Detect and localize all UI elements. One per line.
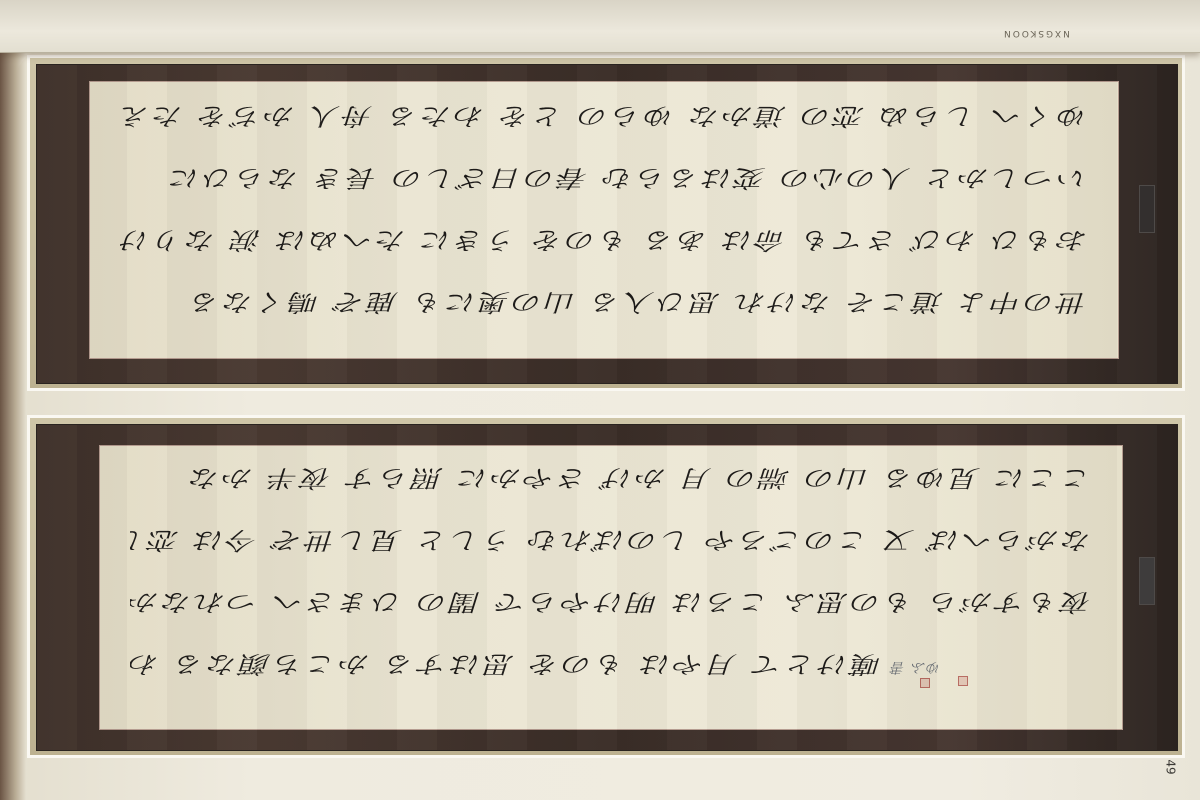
calligraphy-line: ここに 見ゆる 山の 端の 月 かげ さやかに 照らす 夜半 かな <box>130 459 1092 496</box>
calligraphy-line: 嘆けとて 月やは ものを 思はする かこち顔なる わが 涙かな <box>130 645 882 682</box>
calligraphy-line: 世の中よ 道こそ なけれ 思ひ入る 山の奥にも 鹿ぞ 鳴くなる <box>120 283 1088 320</box>
artist-signature: ゆふ 書 <box>890 658 940 678</box>
page-number: 49 <box>1163 759 1177 774</box>
facing-page-edge <box>0 0 1200 53</box>
lower-calligraphy-scroll: ここに 見ゆる 山の 端の 月 かげ さやかに 照らす 夜半 かな ながらへば … <box>30 418 1182 755</box>
upper-calligraphy-scroll: ゆくへ しらぬ 恋の 道かな ゆらの とを わたる 舟人 かぢを たえ いつしか… <box>30 58 1182 388</box>
running-head: NXGSKOON <box>1002 28 1070 38</box>
calligraphy-line: 夜もすがら もの思ふ ころは 明けやらで 閨の ひまさへ つれなかりけり <box>130 583 1092 620</box>
scroll-label-plaque <box>1139 557 1155 605</box>
scroll-label-plaque <box>1139 185 1155 233</box>
calligraphy-line: いつしかと 人の心の 変はるらむ 春の日ざしの 長き ならひに <box>120 159 1088 196</box>
book-spine-shadow <box>0 40 26 800</box>
red-seal-stamp <box>920 678 930 688</box>
calligraphy-paper: ゆくへ しらぬ 恋の 道かな ゆらの とを わたる 舟人 かぢを たえ いつしか… <box>89 81 1119 359</box>
calligraphy-paper: ここに 見ゆる 山の 端の 月 かげ さやかに 照らす 夜半 かな ながらへば … <box>99 445 1123 730</box>
calligraphy-line: おもひ わび さても 命は ある ものを うきに たへぬは 涙 なりけり <box>120 221 1088 258</box>
red-seal-stamp <box>958 676 968 686</box>
scroll-mount: ここに 見ゆる 山の 端の 月 かげ さやかに 照らす 夜半 かな ながらへば … <box>36 424 1178 751</box>
calligraphy-line: ながらへば 又 このごろや しのばれむ うしと 見し世ぞ 今は 恋しき <box>130 521 1092 558</box>
calligraphy-line: ゆくへ しらぬ 恋の 道かな ゆらの とを わたる 舟人 かぢを たえ <box>120 97 1088 134</box>
scroll-mount: ゆくへ しらぬ 恋の 道かな ゆらの とを わたる 舟人 かぢを たえ いつしか… <box>36 64 1178 384</box>
